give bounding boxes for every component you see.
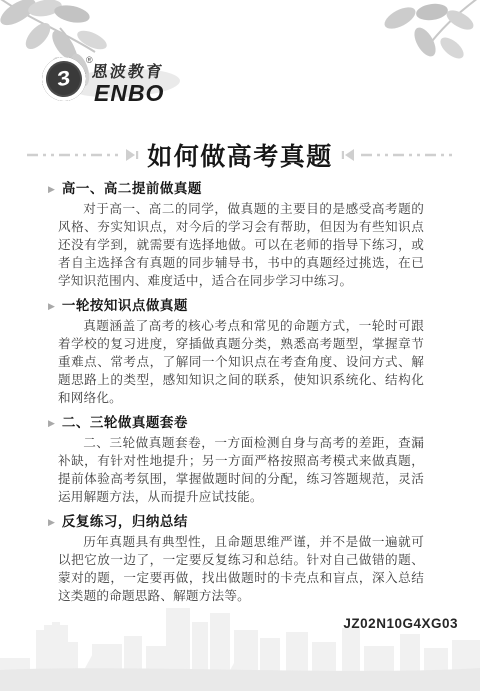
- logo-english-name: ENBO: [94, 80, 188, 107]
- page-title-row: 如何做高考真题: [0, 136, 480, 174]
- play-backward-icon: [341, 148, 356, 162]
- section-1: ▶ 高一、高二提前做真题 对于高一、高二的同学，做真题的主要目的是感受高考题的风…: [48, 180, 424, 290]
- enbo-seal-icon: 3: [38, 53, 90, 105]
- section-paragraph: 二、三轮做真题套卷，一方面检测自身与高考的差距，查漏补缺，有针对性地提升；另一方…: [58, 434, 424, 506]
- triangle-bullet-icon: ▶: [48, 297, 55, 315]
- section-heading-row: ▶ 反复练习，归纳总结: [48, 513, 424, 531]
- enbo-logo: 3 ® 恩波教育 ENBO: [42, 55, 182, 107]
- section-heading: 二、三轮做真题套卷: [62, 414, 188, 432]
- seal-glyph: 3: [55, 66, 73, 91]
- section-4: ▶ 反复练习，归纳总结 历年真题具有典型性，且命题思维严谨，并不是做一遍就可以把…: [48, 513, 424, 605]
- triangle-bullet-icon: ▶: [48, 180, 55, 198]
- section-paragraph: 真题涵盖了高考的核心考点和常见的命题方式，一轮时可跟着学校的复习进度，穿插做真题…: [58, 317, 424, 407]
- section-heading: 一轮按知识点做真题: [62, 297, 188, 315]
- section-2: ▶ 一轮按知识点做真题 真题涵盖了高考的核心考点和常见的命题方式，一轮时可跟着学…: [48, 297, 424, 407]
- section-paragraph: 历年真题具有典型性，且命题思维严谨，并不是做一遍就可以把它放一边了，一定要反复练…: [58, 533, 424, 605]
- section-heading-row: ▶ 高一、高二提前做真题: [48, 180, 424, 198]
- title-dash-line-left: [27, 153, 119, 157]
- section-heading: 高一、高二提前做真题: [62, 180, 202, 198]
- section-heading-row: ▶ 二、三轮做真题套卷: [48, 414, 424, 432]
- book-code: JZ02N10G4XG03: [343, 616, 458, 631]
- logo-chinese-name: 恩波教育: [91, 59, 189, 82]
- section-3: ▶ 二、三轮做真题套卷 二、三轮做真题套卷，一方面检测自身与高考的差距，查漏补缺…: [48, 414, 424, 506]
- page-title: 如何做高考真题: [144, 137, 336, 173]
- play-forward-icon: [124, 148, 139, 162]
- leaves-decoration-top-right: [370, 0, 480, 75]
- logo-text: 恩波教育 ENBO: [92, 59, 188, 107]
- title-dash-line-right: [361, 153, 453, 157]
- page: 3 ® 恩波教育 ENBO 如何做高考真题 ▶ 高一、高二提前做真题: [0, 0, 480, 691]
- city-skyline-decoration: [0, 600, 480, 691]
- triangle-bullet-icon: ▶: [48, 414, 55, 432]
- section-paragraph: 对于高一、高二的同学，做真题的主要目的是感受高考题的风格、夯实知识点，对今后的学…: [58, 200, 424, 290]
- section-heading-row: ▶ 一轮按知识点做真题: [48, 297, 424, 315]
- sections: ▶ 高一、高二提前做真题 对于高一、高二的同学，做真题的主要目的是感受高考题的风…: [48, 180, 424, 612]
- triangle-bullet-icon: ▶: [48, 513, 55, 531]
- section-heading: 反复练习，归纳总结: [62, 513, 188, 531]
